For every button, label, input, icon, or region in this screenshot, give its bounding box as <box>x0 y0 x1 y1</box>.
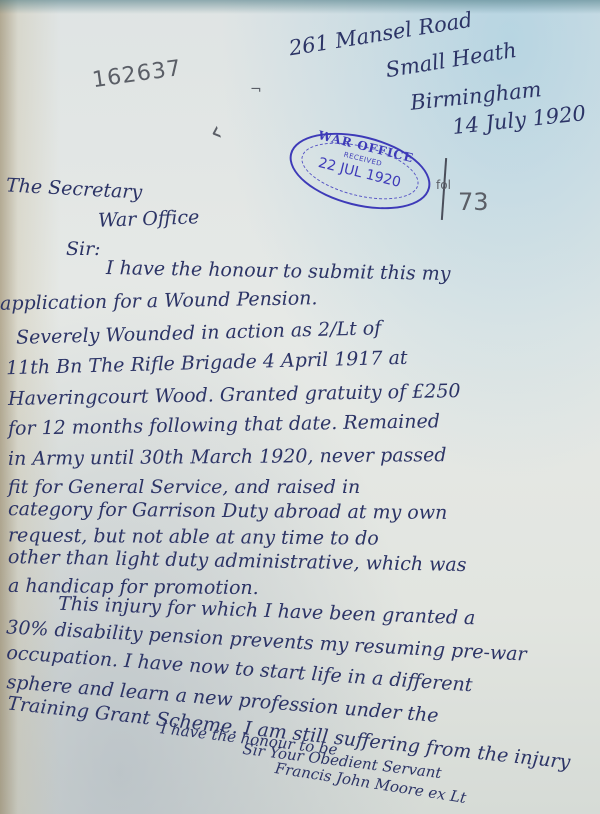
salutation-office: War Office <box>98 206 200 232</box>
pencil-mark: ¬ <box>250 82 262 98</box>
body-line: in Army until 30th March 1920, never pas… <box>8 444 447 470</box>
body-line: fit for General Service, and raised in <box>8 476 360 498</box>
body-line: request, but not able at any time to do <box>8 524 379 549</box>
body-line: category for Garrison Duty abroad at my … <box>8 498 447 524</box>
salutation-greeting: Sir: <box>66 238 101 260</box>
page-edge-shadow <box>0 0 600 14</box>
folio-label: fol <box>436 178 451 192</box>
folio-number: 73 <box>458 188 489 216</box>
